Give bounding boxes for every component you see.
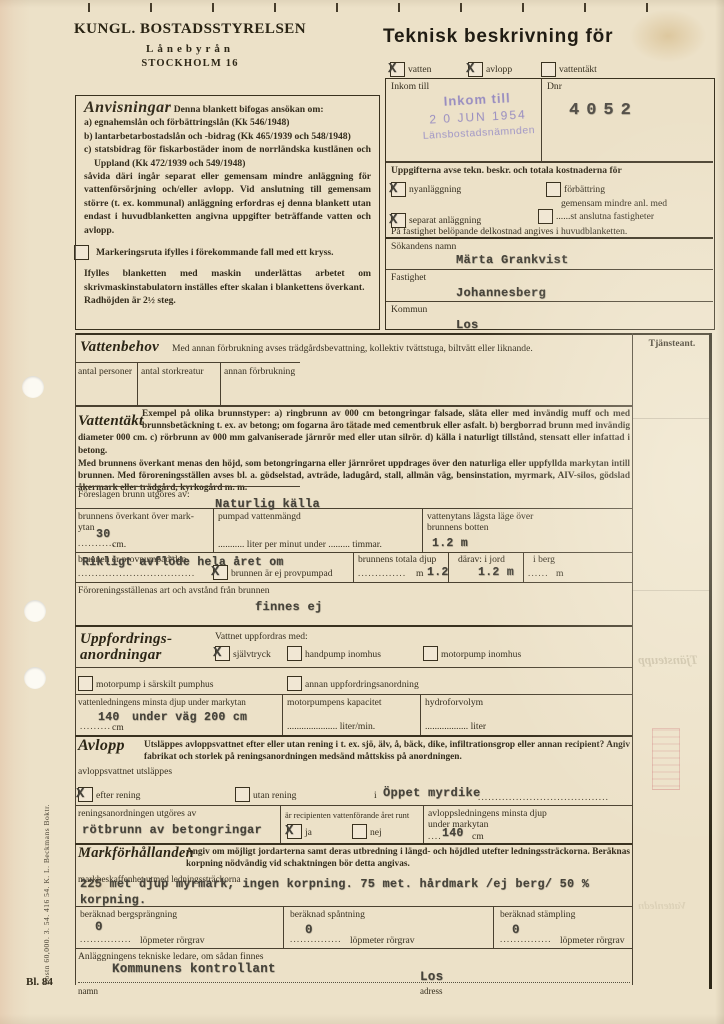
provpumpad-typed: Rikligt avflöde hela året om bbox=[82, 556, 284, 569]
utan-rening-label: utan rening bbox=[253, 790, 296, 802]
namn-label: Sökandens namn bbox=[391, 241, 456, 253]
bergsprangning-value: 0 bbox=[95, 920, 103, 934]
markbeskaffenhet-line1: 225 met djup myrmark, ingen korpning. 75… bbox=[80, 877, 589, 891]
overkant-value: 30 bbox=[96, 528, 110, 541]
signature-dotted-line bbox=[78, 982, 630, 983]
annan-uppfordring-label: annan uppfordringsanordning bbox=[305, 679, 419, 691]
anvisningar-title: Anvisningar bbox=[84, 99, 171, 116]
bleed-through-stamp bbox=[652, 728, 680, 790]
spantning-unit: löpmeter rörgrav bbox=[350, 935, 415, 947]
renings-label: reningsanordningen utgöres av bbox=[78, 808, 196, 820]
checkbox-utan-rening bbox=[235, 787, 250, 802]
renings-value: rötbrunn av betongringar bbox=[82, 823, 262, 837]
inkom-label: Inkom till bbox=[391, 81, 429, 93]
punch-hole bbox=[22, 376, 44, 398]
anvisningar-item-a: a) egnahemslån och förbättringslån (Kk 5… bbox=[84, 116, 371, 129]
kommun-value: Los bbox=[456, 318, 479, 332]
stampling-unit: löpmeter rörgrav bbox=[560, 935, 625, 947]
berg-unit: m bbox=[556, 568, 563, 580]
dnr-value: 4052 bbox=[569, 101, 638, 120]
mark-desc: Angiv om möjligt jordarterna samt deras … bbox=[186, 847, 630, 869]
motorpump-pumphus-label: motorpump i särskilt pumphus bbox=[96, 679, 214, 691]
overkant-unit: cm. bbox=[112, 539, 126, 551]
kostnader-note: På fastighet belöpande delkostnad angive… bbox=[391, 226, 627, 238]
forbattring-label: förbättring bbox=[564, 184, 605, 196]
checkbox-annan-uppfordring bbox=[287, 676, 302, 691]
print-info: Bostn 60,000. 3. 54. 416 54. K. L. Beckm… bbox=[42, 804, 51, 985]
pumpad-line: ........... liter per minut under ......… bbox=[218, 539, 382, 551]
separat-label: separat anläggning bbox=[409, 215, 481, 227]
checkbox-separat-mark: X bbox=[389, 212, 397, 228]
provpumpad-dots: .................................. bbox=[78, 568, 195, 578]
receipt-stamp: Inkom till 2 0 JUN 1954 Länsbostadsnämnd… bbox=[397, 88, 559, 143]
anvisningar-paragraph: såvida däri ingår separat eller gemensam… bbox=[84, 170, 371, 237]
checkbox-ja: X bbox=[287, 824, 302, 839]
foreslagen-value: Naturlig källa bbox=[215, 497, 320, 511]
lagsta-value: 1.2 m bbox=[432, 537, 468, 550]
anvisningar-item-c: c) statsbidrag för fiskarbostäder inom d… bbox=[84, 143, 371, 170]
stampling-value: 0 bbox=[512, 923, 520, 937]
vattentakt-title: Vattentäkt bbox=[78, 408, 142, 427]
vattenledning-djup-value: 140 bbox=[98, 711, 120, 724]
foreslagen-label: Föreslagen brunn utgöres av: bbox=[78, 489, 190, 501]
checkbox-motorpump-pumphus bbox=[78, 676, 93, 691]
gemensam-line1: gemensam mindre anl. med bbox=[561, 198, 667, 210]
vattenbehov-title: Vattenbehov bbox=[80, 339, 159, 356]
avlopp-title: Avlopp bbox=[78, 739, 144, 752]
vattenbehov-col2: antal storkreatur bbox=[141, 366, 204, 378]
overkant-label2: ytan bbox=[78, 522, 95, 534]
checkbox-ja-mark: X bbox=[285, 823, 293, 839]
checkbox-vattentakt-label: vattentäkt bbox=[559, 64, 597, 76]
sjalvtryck-label: självtryck bbox=[233, 649, 271, 661]
checkbox-nej bbox=[352, 824, 367, 839]
handpump-label: handpump inomhus bbox=[305, 649, 381, 661]
totala-unit: m bbox=[416, 568, 423, 580]
efter-rening-label: efter rening bbox=[96, 790, 140, 802]
totala-dots: .............. bbox=[358, 568, 406, 578]
overkant-label1: brunnens överkant över mark- bbox=[78, 511, 194, 523]
bergsprangning-label: beräknad bergsprängning bbox=[80, 909, 177, 921]
berg-label: i berg bbox=[533, 554, 555, 566]
totala-value: 1.2 bbox=[427, 566, 449, 579]
nyanlaggning-label: nyanläggning bbox=[409, 184, 461, 196]
ja-label: ja bbox=[305, 827, 312, 839]
bergsprangning-unit: löpmeter rörgrav bbox=[140, 935, 205, 947]
kapacitet-line: ..................... liter/min. bbox=[287, 721, 375, 733]
checkbox-vatten-mark: X bbox=[388, 61, 396, 77]
agency-name: KUNGL. BOSTADSSTYRELSEN bbox=[74, 21, 306, 38]
checkbox-avlopp-label: avlopp bbox=[486, 64, 512, 76]
bleed-through-text: Vattenledn bbox=[638, 900, 686, 912]
avlopp-desc: Utsläppes avloppsvattnet efter eller uta… bbox=[144, 740, 630, 762]
checkbox-avlopp: X bbox=[468, 62, 483, 77]
checkbox-nyanlaggning: X bbox=[391, 182, 406, 197]
checkbox-vatten: X bbox=[390, 62, 405, 77]
kapacitet-label: motorpumpens kapacitet bbox=[287, 697, 382, 709]
vattenbehov-desc: Med annan förbrukning avses trädgårdsbev… bbox=[172, 343, 533, 355]
recipient-i-label: i bbox=[374, 790, 377, 802]
totala-djup-label: brunnens totala djup bbox=[358, 554, 436, 566]
checkbox-sjalvtryck-mark: X bbox=[213, 645, 221, 661]
pumpad-label: pumpad vattenmängd bbox=[218, 511, 301, 523]
vattentakt-para1: Exempel på olika brunnstyper: a) ringbru… bbox=[78, 409, 630, 456]
uppfordring-title-line2: anordningar bbox=[80, 647, 162, 664]
punch-hole bbox=[24, 600, 46, 622]
checkbox-separat: X bbox=[391, 213, 406, 228]
fororening-value: finnes ej bbox=[255, 600, 323, 614]
namn-value: Märta Grankvist bbox=[456, 253, 569, 267]
avloppsledning-unit: cm bbox=[472, 831, 484, 843]
recipient-value: Öppet myrdike bbox=[383, 786, 481, 800]
avloppsledning-label1: avloppsledningens minsta djup bbox=[428, 808, 547, 820]
hydrofor-label: hydroforvolym bbox=[425, 697, 483, 709]
checkbox-vattentakt bbox=[541, 62, 556, 77]
ledare-namn-value: Kommunens kontrollant bbox=[112, 962, 276, 976]
agency-office: Lånebyrån bbox=[76, 43, 304, 55]
nej-label: nej bbox=[370, 827, 382, 839]
ledare-label: Anläggningens tekniske ledare, om sådan … bbox=[78, 951, 263, 963]
checkbox-gemensam bbox=[538, 209, 553, 224]
utslappes-label: avloppsvattnet utsläppes bbox=[78, 766, 172, 778]
namn-caption: namn bbox=[78, 986, 98, 998]
ledare-adress-value: Los bbox=[420, 970, 443, 984]
lagsta-label2: brunnens botten bbox=[427, 522, 489, 534]
vattenledning-djup-extra: under väg 200 cm bbox=[132, 711, 247, 724]
vattenbehov-col1: antal personer bbox=[78, 366, 132, 378]
punch-hole bbox=[24, 667, 46, 689]
spantning-label: beräknad spåntning bbox=[290, 909, 365, 921]
checkbox-handpump bbox=[287, 646, 302, 661]
stampling-dots: ............... bbox=[500, 934, 552, 944]
fastighet-value: Johannesberg bbox=[456, 286, 546, 300]
anvisningar-machine-note: Ifylles blanketten med maskin underlätta… bbox=[84, 267, 371, 294]
fororening-label: Föroreningsställenas art och avstånd frå… bbox=[78, 585, 270, 597]
berg-dots: ...... bbox=[528, 568, 549, 578]
bergsprangning-dots: ............... bbox=[80, 934, 132, 944]
checkbox-markeringsruta bbox=[74, 245, 89, 260]
checkbox-nyanlaggning-mark: X bbox=[389, 181, 397, 197]
form-title: Teknisk beskrivning för bbox=[383, 26, 613, 48]
spantning-dots: ............... bbox=[290, 934, 342, 944]
fastighet-label: Fastighet bbox=[391, 272, 426, 284]
scanned-form-page: KUNGL. BOSTADSSTYRELSEN Lånebyrån STOCKH… bbox=[0, 0, 724, 1024]
checkbox-forbattring bbox=[546, 182, 561, 197]
uppfordring-intro: Vattnet uppfordras med: bbox=[215, 631, 308, 643]
spantning-value: 0 bbox=[305, 923, 313, 937]
vattenbehov-col3: annan förbrukning bbox=[224, 366, 295, 378]
markbeskaffenhet-line2: korpning. bbox=[80, 893, 146, 907]
stampling-label: beräknad stämpling bbox=[500, 909, 575, 921]
lagsta-label1: vattenytans lägsta läge över bbox=[427, 511, 533, 523]
kostnader-heading: Uppgifterna avse tekn. beskr. och totala… bbox=[391, 165, 622, 177]
adress-caption: adress bbox=[420, 986, 443, 998]
uppfordring-title-line1: Uppfordrings- bbox=[80, 631, 172, 648]
anvisningar-row-note: Radhöjden är 2½ steg. bbox=[84, 294, 371, 307]
recipient-q-label: är recipienten vattenförande året runt bbox=[285, 810, 409, 822]
avloppsledning-dots: .... bbox=[428, 831, 442, 841]
hydrofor-line: .................. liter bbox=[425, 721, 486, 733]
agency-city: STOCKHOLM 16 bbox=[76, 58, 304, 69]
vattenledning-djup-label: vattenledningens minsta djup under marky… bbox=[78, 697, 246, 709]
jord-value: 1.2 m bbox=[478, 566, 514, 579]
checkbox-efter-rening: X bbox=[78, 787, 93, 802]
anvisningar-mark-note: Markeringsruta ifylles i förekommande fa… bbox=[96, 247, 334, 258]
motorpump-inomhus-label: motorpump inomhus bbox=[441, 649, 521, 661]
kommun-label: Kommun bbox=[391, 304, 427, 316]
checkbox-motorpump-inomhus bbox=[423, 646, 438, 661]
gemensam-line2: ......st anslutna fastigheter bbox=[556, 211, 654, 223]
checkbox-avlopp-mark: X bbox=[466, 61, 474, 77]
tjansteant-header: Tjänsteant. bbox=[637, 338, 707, 350]
checkbox-vatten-label: vatten bbox=[408, 64, 431, 76]
recipient-dots: ...................................... bbox=[478, 792, 609, 802]
darav-label: därav: i jord bbox=[458, 554, 505, 566]
mark-title: Markförhållanden bbox=[78, 846, 186, 859]
anvisningar-intro: Denna blankett bifogas ansökan om: bbox=[174, 104, 324, 115]
anvisningar-panel: Anvisningar Denna blankett bifogas ansök… bbox=[75, 95, 380, 330]
anvisningar-item-b: b) lantarbetarbostadslån och -bidrag (Kk… bbox=[84, 130, 371, 143]
avloppsledning-value: 140 bbox=[442, 827, 464, 840]
ej-provpumpad-label: brunnen är ej provpumpad bbox=[231, 568, 333, 580]
checkbox-efter-rening-mark: X bbox=[76, 786, 84, 802]
checkbox-sjalvtryck: X bbox=[215, 646, 230, 661]
bleed-through-text: Tjänsteupp bbox=[638, 652, 698, 668]
